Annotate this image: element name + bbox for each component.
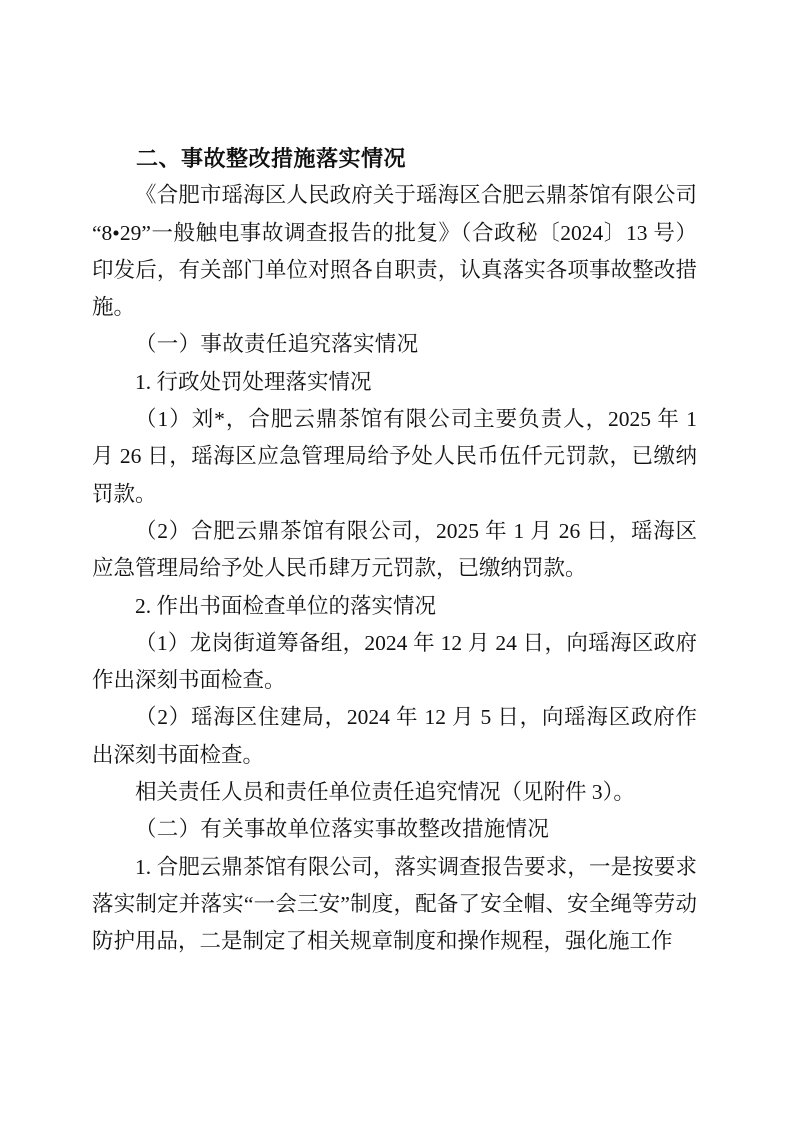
- paragraph-penalty-company: （2）合肥云鼎茶馆有限公司，2025 年 1 月 26 日，瑶海区应急管理局给予…: [92, 513, 697, 588]
- paragraph-written-check-2: （2）瑶海区住建局，2024 年 12 月 5 日，向瑶海区政府作出深刻书面检查…: [92, 699, 697, 774]
- paragraph-intro: 《合肥市瑶海区人民政府关于瑶海区合肥云鼎茶馆有限公司“8•29”一般触电事故调查…: [92, 177, 697, 326]
- subsection-heading-2: （二）有关事故单位落实事故整改措施情况: [92, 811, 697, 848]
- numbered-heading-2: 2. 作出书面检查单位的落实情况: [92, 588, 697, 625]
- paragraph-rectification-measures: 1. 合肥云鼎茶馆有限公司，落实调查报告要求，一是按要求落实制定并落实“一会三安…: [92, 849, 697, 961]
- paragraph-attachment-ref: 相关责任人员和责任单位责任追究情况（见附件 3）。: [92, 774, 697, 811]
- paragraph-written-check-1: （1）龙岗街道筹备组，2024 年 12 月 24 日，向瑶海区政府作出深刻书面…: [92, 625, 697, 700]
- subsection-heading-1: （一）事故责任追究落实情况: [92, 326, 697, 363]
- paragraph-penalty-person: （1）刘*，合肥云鼎茶馆有限公司主要负责人，2025 年 1 月 26 日，瑶海…: [92, 401, 697, 513]
- document-content: 二、事故整改措施落实情况 《合肥市瑶海区人民政府关于瑶海区合肥云鼎茶馆有限公司“…: [92, 140, 697, 961]
- section-heading: 二、事故整改措施落实情况: [92, 140, 697, 177]
- numbered-heading-1: 1. 行政处罚处理落实情况: [92, 364, 697, 401]
- document-page: 二、事故整改措施落实情况 《合肥市瑶海区人民政府关于瑶海区合肥云鼎茶馆有限公司“…: [0, 0, 793, 1122]
